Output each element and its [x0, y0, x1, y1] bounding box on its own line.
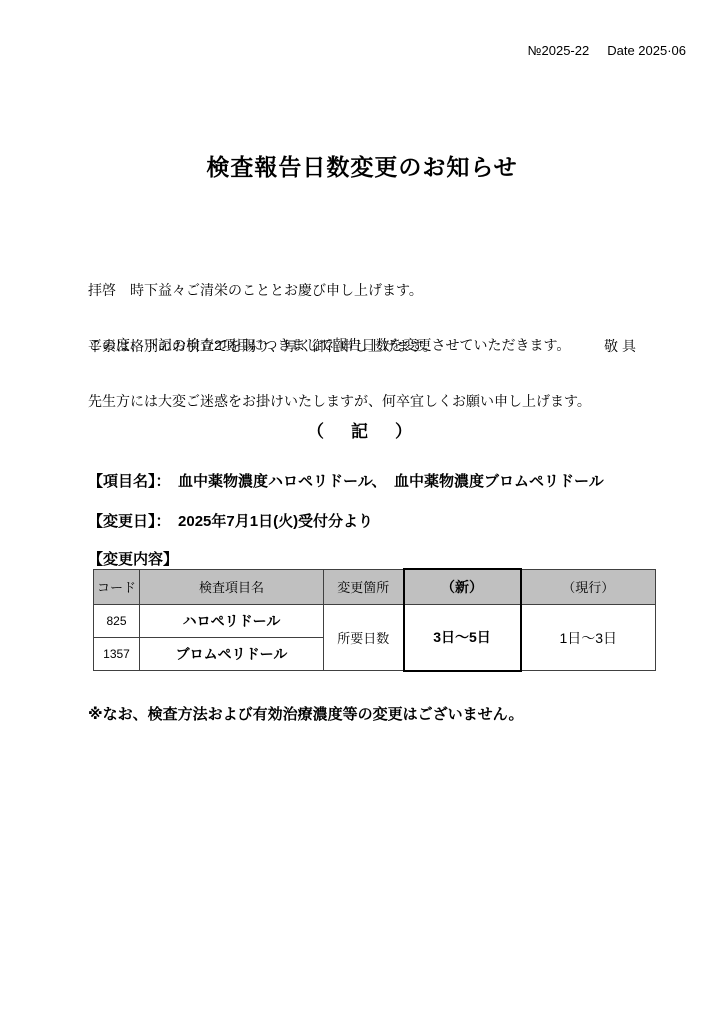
record-marker: （ 記 ） — [0, 417, 724, 442]
current-value-cell: 1日～3日 — [521, 605, 656, 671]
change-field-cell: 所要日数 — [324, 605, 404, 671]
change-details-table: コード 検査項目名 変更箇所 （新） （現行） 825 ハロペリドール 所要日数… — [93, 568, 656, 672]
item-name-label: 【項目名】 — [88, 473, 156, 490]
code-cell: 825 — [94, 605, 140, 638]
item-name-line: 【項目名】： 血中薬物濃度ハロペリドール、 血中薬物濃度ブロムペリドール — [88, 470, 604, 491]
test-name-cell: ハロペリドール — [140, 605, 324, 638]
document-page: №2025-22 Date 2025·06 検査報告日数変更のお知らせ 拝啓 時… — [0, 0, 724, 1024]
new-value-cell: 3日～5日 — [404, 605, 521, 671]
change-content-heading: 【変更内容】 — [88, 548, 178, 569]
doc-reference: №2025-22 Date 2025·06 — [528, 43, 686, 58]
page-title: 検査報告日数変更のお知らせ — [0, 149, 724, 182]
code-cell: 1357 — [94, 638, 140, 671]
col-header-change-field: 変更箇所 — [324, 569, 404, 605]
table-header-row: コード 検査項目名 変更箇所 （新） （現行） — [94, 569, 656, 605]
col-header-code: コード — [94, 569, 140, 605]
footnote: ※なお、検査方法および有効治療濃度等の変更はございません。 — [88, 703, 524, 724]
body-line-2: 先生方には大変ご迷惑をお掛けいたしますが、何卒宜しくお願い申し上げます。 — [88, 392, 591, 411]
col-header-new: （新） — [404, 569, 521, 605]
test-name-cell: ブロムペリドール — [140, 638, 324, 671]
item-name-value: ： 血中薬物濃度ハロペリドール、 血中薬物濃度ブロムペリドール — [156, 473, 604, 490]
change-date-line: 【変更日】： 2025年7月1日(火)受付分より — [88, 510, 373, 531]
doc-number: №2025-22 — [528, 43, 590, 58]
doc-date: Date 2025·06 — [607, 43, 686, 58]
body-line-1: この度、下記の検査2項目につきまして報告日数を変更させていただきます。 — [88, 336, 591, 355]
closing-keigu: 敬具 — [604, 336, 640, 356]
table-row: 825 ハロペリドール 所要日数 3日～5日 1日～3日 — [94, 605, 656, 638]
col-header-current: （現行） — [521, 569, 656, 605]
change-date-value: ： 2025年7月1日(火)受付分より — [156, 513, 374, 530]
change-date-label: 【変更日】 — [88, 513, 156, 530]
greeting-line-1: 拝啓 時下益々ご清栄のこととお慶び申し上げます。 — [88, 281, 437, 300]
col-header-test-name: 検査項目名 — [140, 569, 324, 605]
